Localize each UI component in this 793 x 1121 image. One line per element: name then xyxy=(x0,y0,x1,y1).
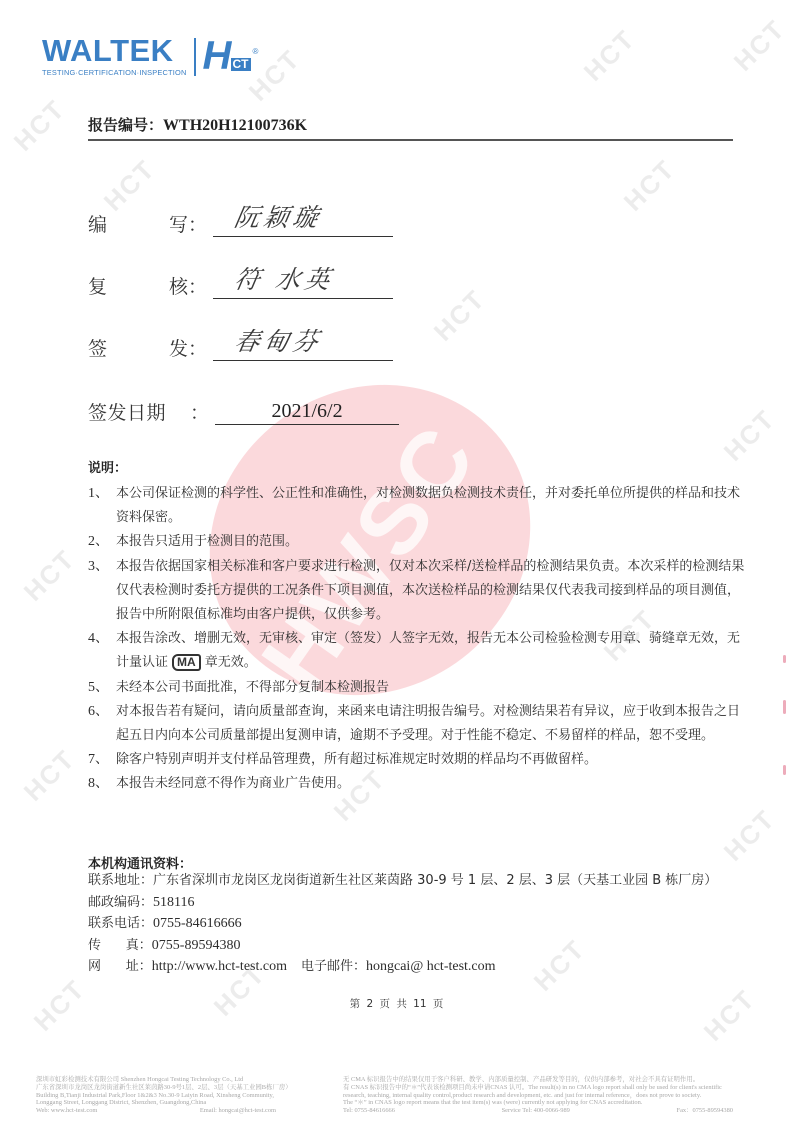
website-link[interactable]: http://www.hct-test.com xyxy=(152,956,287,978)
signature-row-author: 编写 ： 阮颖璇 xyxy=(88,206,393,237)
email-link[interactable]: hongcai@ hct-test.com xyxy=(366,956,496,978)
notes-title: 说明： xyxy=(88,457,127,476)
logo-tagline: TESTING·CERTIFICATION·INSPECTION xyxy=(42,68,187,77)
contact-fax: 传 真：0755-89594380 xyxy=(88,935,717,957)
signature-line: 阮颖璇 xyxy=(213,206,393,237)
notes-list: 1、本公司保证检测的科学性、公正性和准确性，对检测数据负检测技术责任，并对委托单… xyxy=(88,482,748,797)
contact-web-email: 网 址： http://www.hct-test.com 电子邮件： hongc… xyxy=(88,956,717,978)
note-item: 4、本报告涂改、增删无效，无审核、审定（签发）人签字无效，报告无本公司检验检测专… xyxy=(88,627,748,675)
colon: ： xyxy=(188,334,207,361)
footer-company-info: 深圳市虹彩检测技术有限公司 Shenzhen Hongcai Testing T… xyxy=(36,1076,336,1115)
footer-disclaimer: 无 CMA 标识报告中的结果仅用于客户科研、教学、内部质量控制、产品研发等目的，… xyxy=(343,1076,763,1115)
seam-stamp-mark xyxy=(783,765,786,775)
watermark-hct: HCT xyxy=(428,284,492,348)
issue-date-row: 签发日期 ： 2021/6/2 xyxy=(88,398,399,425)
header-divider xyxy=(88,139,733,141)
registered-mark: ® xyxy=(253,32,259,72)
note-item: 3、本报告依据国家相关标准和客户要求进行检测，仅对本次采样/送检样品的检测结果负… xyxy=(88,555,748,628)
cma-badge-icon: MA xyxy=(172,654,201,671)
report-number: 报告编号：WTH20H12100736K xyxy=(88,114,307,135)
handwritten-signature: 符 水英 xyxy=(232,260,337,296)
contact-address: 联系地址：广东省深圳市龙岗区龙岗街道新生社区莱茵路 30-9 号 1 层、2 层… xyxy=(88,870,717,892)
note-item: 6、对本报告若有疑问，请向质量部查询，来函来电请注明报告编号。对检测结果若有异议… xyxy=(88,700,748,748)
seam-stamp-mark xyxy=(783,655,786,663)
hct-logo-mark: H CT ® xyxy=(203,36,255,76)
watermark-hct: HCT xyxy=(728,14,792,78)
watermark-hct: HCT xyxy=(718,404,782,468)
logo-mark-letter: H xyxy=(203,34,232,78)
signature-label: 编写 xyxy=(88,210,188,237)
signature-label: 复核 xyxy=(88,272,188,299)
note-item: 1、本公司保证检测的科学性、公正性和准确性，对检测数据负检测技术责任，并对委托单… xyxy=(88,482,748,530)
company-logo: WALTEK TESTING·CERTIFICATION·INSPECTION … xyxy=(42,36,255,80)
contact-info: 联系地址：广东省深圳市龙岗区龙岗街道新生社区莱茵路 30-9 号 1 层、2 层… xyxy=(88,870,717,978)
watermark-hct: HCT xyxy=(578,24,642,88)
signature-line: 符 水英 xyxy=(213,268,393,299)
watermark-hct: HCT xyxy=(8,94,72,158)
note-item: 5、未经本公司书面批准，不得部分复制本检测报告 xyxy=(88,676,748,700)
issue-date-label: 签发日期 xyxy=(88,398,190,425)
signature-line: 春甸芬 xyxy=(213,330,393,361)
watermark-hct: HCT xyxy=(718,804,782,868)
handwritten-signature: 阮颖璇 xyxy=(232,198,325,234)
watermark-hct: HCT xyxy=(618,154,682,218)
note-item: 2、本报告只适用于检测目的范围。 xyxy=(88,530,748,554)
note-item: 7、除客户特别声明并支付样品管理费，所有超过标准规定时效期的样品均不再做留样。 xyxy=(88,748,748,772)
signature-row-approver: 签发 ： 春甸芬 xyxy=(88,330,393,361)
logo-mark-sub: CT xyxy=(231,58,251,71)
watermark-hct: HCT xyxy=(698,984,762,1048)
watermark-hct: HCT xyxy=(18,744,82,808)
issue-date-value: 2021/6/2 xyxy=(215,400,399,425)
colon: ： xyxy=(190,398,209,425)
note-item: 8、本报告未经同意不得作为商业广告使用。 xyxy=(88,772,748,796)
signature-label: 签发 xyxy=(88,334,188,361)
logo-brand: WALTEK xyxy=(42,36,187,66)
handwritten-signature: 春甸芬 xyxy=(232,322,325,358)
signature-row-reviewer: 复核 ： 符 水英 xyxy=(88,268,393,299)
report-number-label: 报告编号： xyxy=(88,116,163,134)
logo-divider xyxy=(194,38,196,76)
contact-phone: 联系电话：0755-84616666 xyxy=(88,913,717,935)
report-number-value: WTH20H12100736K xyxy=(163,117,307,134)
colon: ： xyxy=(188,272,207,299)
watermark-hct: HCT xyxy=(18,544,82,608)
seam-stamp-mark xyxy=(783,700,786,714)
colon: ： xyxy=(188,210,207,237)
contact-postcode: 邮政编码：518116 xyxy=(88,892,717,914)
page-indicator: 第 2 页 共 11 页 xyxy=(0,996,793,1011)
